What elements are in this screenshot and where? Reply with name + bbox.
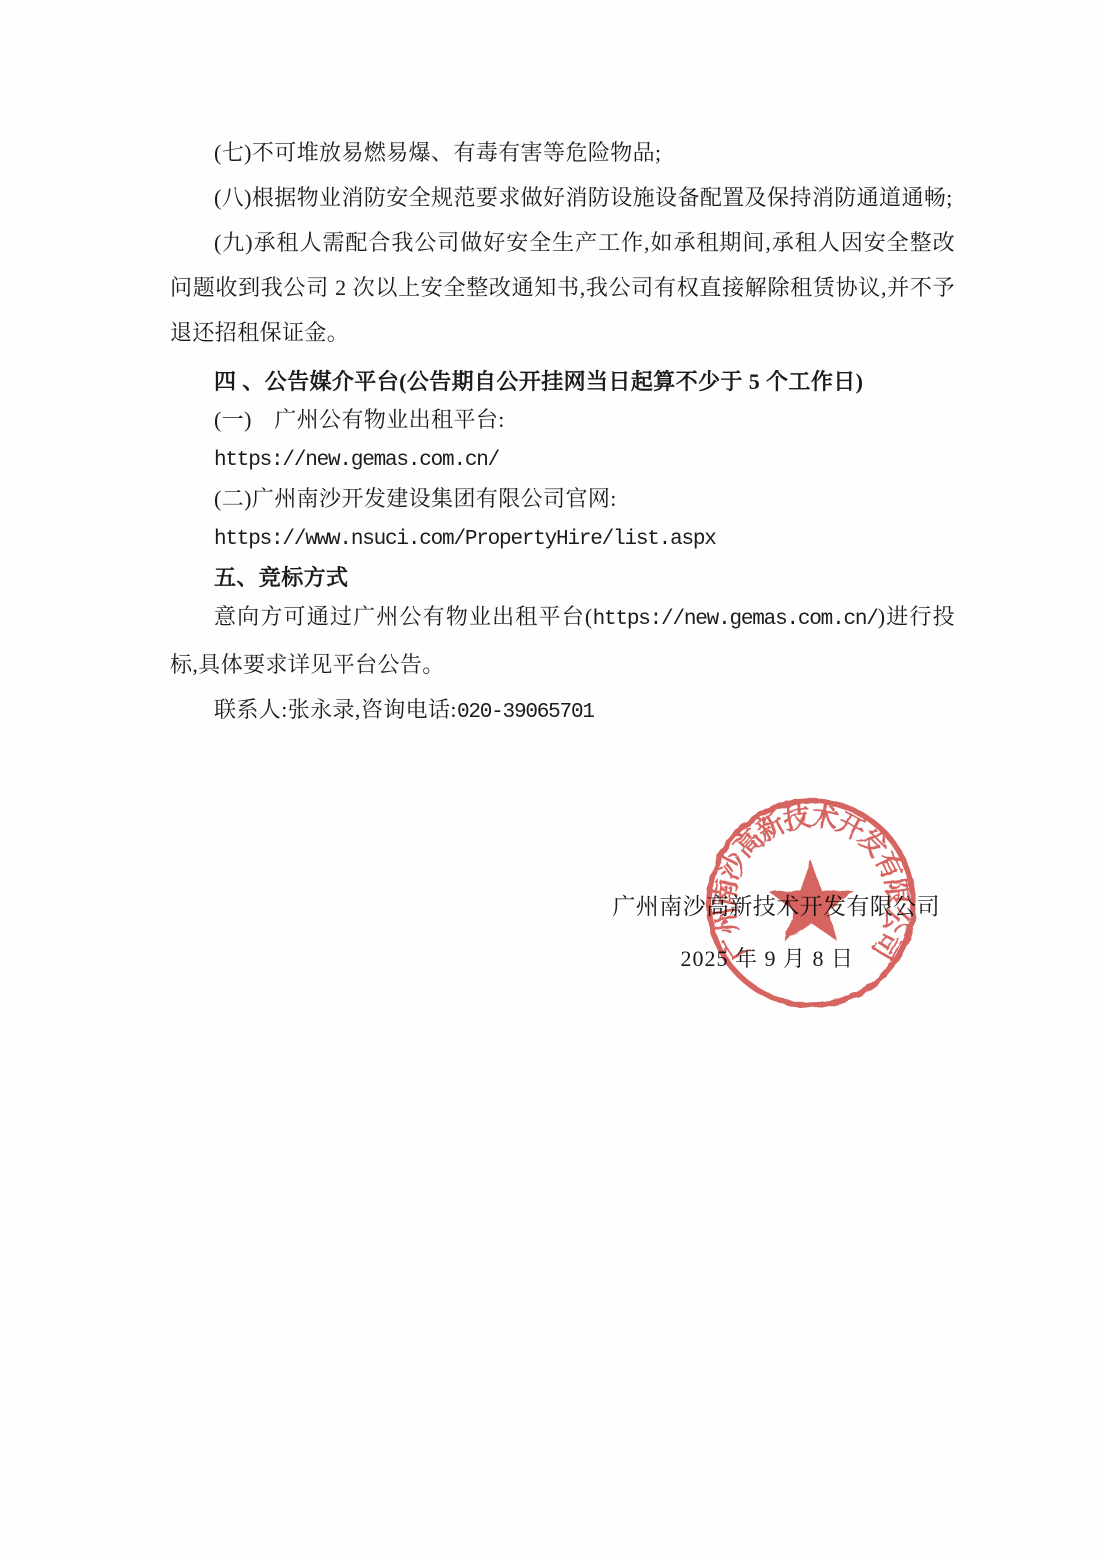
section-4-heading: 四 、公告媒介平台(公告期自公开挂网当日起算不少于 5 个工作日) — [170, 363, 955, 401]
platform-2-label: (二)广州南沙开发建设集团有限公司官网: — [170, 480, 955, 518]
bidding-text-prefix: 意向方可通过广州公有物业出租平台( — [214, 604, 593, 629]
bidding-url: https://new.gemas.com.cn/ — [593, 608, 878, 631]
contact-line: 联系人:张永录,咨询电话:020-39065701 — [170, 687, 955, 735]
contact-label: 联系人:张永录,咨询电话: — [214, 697, 457, 722]
contact-phone: 020-39065701 — [457, 701, 594, 724]
section-5-heading: 五、竞标方式 — [170, 559, 955, 597]
document-page: (七)不可堆放易燃易爆、有毒有害等危险物品; (八)根据物业消防安全规范要求做好… — [0, 0, 1102, 1557]
official-seal: 广州南沙高新技术开发有限公司 — [694, 786, 928, 1020]
platform-2-url: https://www.nsuci.com/PropertyHire/list.… — [214, 528, 716, 551]
clause-8: (八)根据物业消防安全规范要求做好消防设施设备配置及保持消防通道通畅; — [170, 175, 955, 220]
document-body: (七)不可堆放易燃易爆、有毒有害等危险物品; (八)根据物业消防安全规范要求做好… — [170, 130, 955, 735]
clause-7: (七)不可堆放易燃易爆、有毒有害等危险物品; — [170, 130, 955, 175]
platform-1-url-line: https://new.gemas.com.cn/ — [170, 439, 955, 480]
seal-star-icon — [768, 860, 854, 941]
bidding-paragraph: 意向方可通过广州公有物业出租平台(https://new.gemas.com.c… — [170, 594, 955, 687]
platform-2-url-line: https://www.nsuci.com/PropertyHire/list.… — [170, 518, 955, 559]
platform-1-url: https://new.gemas.com.cn/ — [214, 449, 499, 472]
clause-9: (九)承租人需配合我公司做好安全生产工作,如承租期间,承租人因安全整改问题收到我… — [170, 220, 955, 355]
platform-1-label: (一) 广州公有物业出租平台: — [170, 401, 955, 439]
